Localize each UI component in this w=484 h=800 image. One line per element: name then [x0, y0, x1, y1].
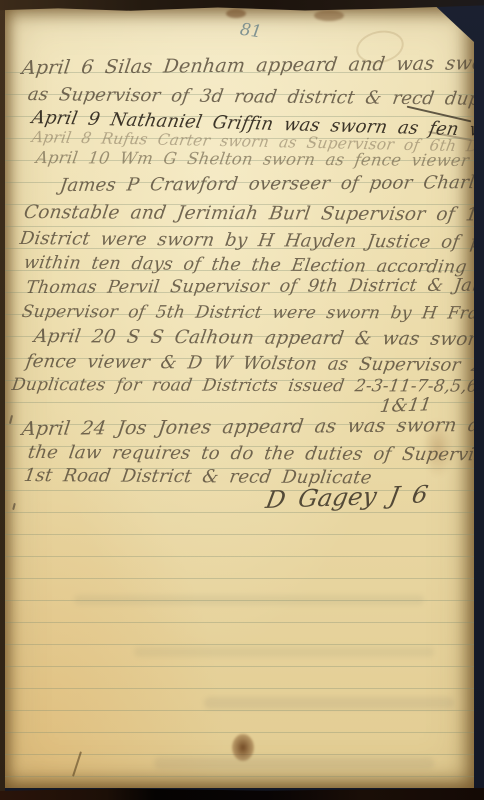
manuscript-line: the law requires to do the duties of Sup…	[26, 442, 484, 466]
ink-stain	[226, 9, 246, 18]
manuscript-line: Duplicates for road Districts issued 2-3…	[11, 375, 484, 397]
manuscript-line: April 10 Wm G Shelton sworn as fence vie…	[35, 148, 471, 170]
manuscript-line: James P Crawford overseer of poor Charle…	[59, 171, 484, 196]
ledger-photo: 81 April 6 Silas Denham appeard and was …	[0, 0, 484, 800]
page-number: 81	[239, 20, 263, 43]
bleedthrough-smudge	[154, 757, 434, 769]
manuscript-line: Supervisor of 5th District were sworn by…	[21, 302, 484, 324]
book-edge-left	[0, 0, 5, 800]
ink-stain	[314, 10, 344, 21]
bleedthrough-smudge	[74, 595, 424, 605]
manuscript-line: District were sworn by H Hayden Justice …	[18, 228, 484, 253]
manuscript-line: April 24 Jos Jones appeard as was sworn …	[21, 414, 484, 440]
bleedthrough-smudge	[204, 697, 454, 709]
manuscript-line: April 20 S S Calhoun appeard & was sworn…	[32, 326, 484, 350]
bleedthrough-smudge	[134, 647, 434, 657]
book-binding-bottom	[0, 787, 484, 800]
manuscript-line: Constable and Jerimiah Burl Supervisor o…	[22, 202, 484, 226]
ledger-page: 81 April 6 Silas Denham appeard and was …	[4, 7, 474, 788]
clerk-signature: D Gagey J 6	[264, 480, 431, 514]
manuscript-line: Thomas Pervil Supervisor of 9th District…	[25, 275, 484, 298]
